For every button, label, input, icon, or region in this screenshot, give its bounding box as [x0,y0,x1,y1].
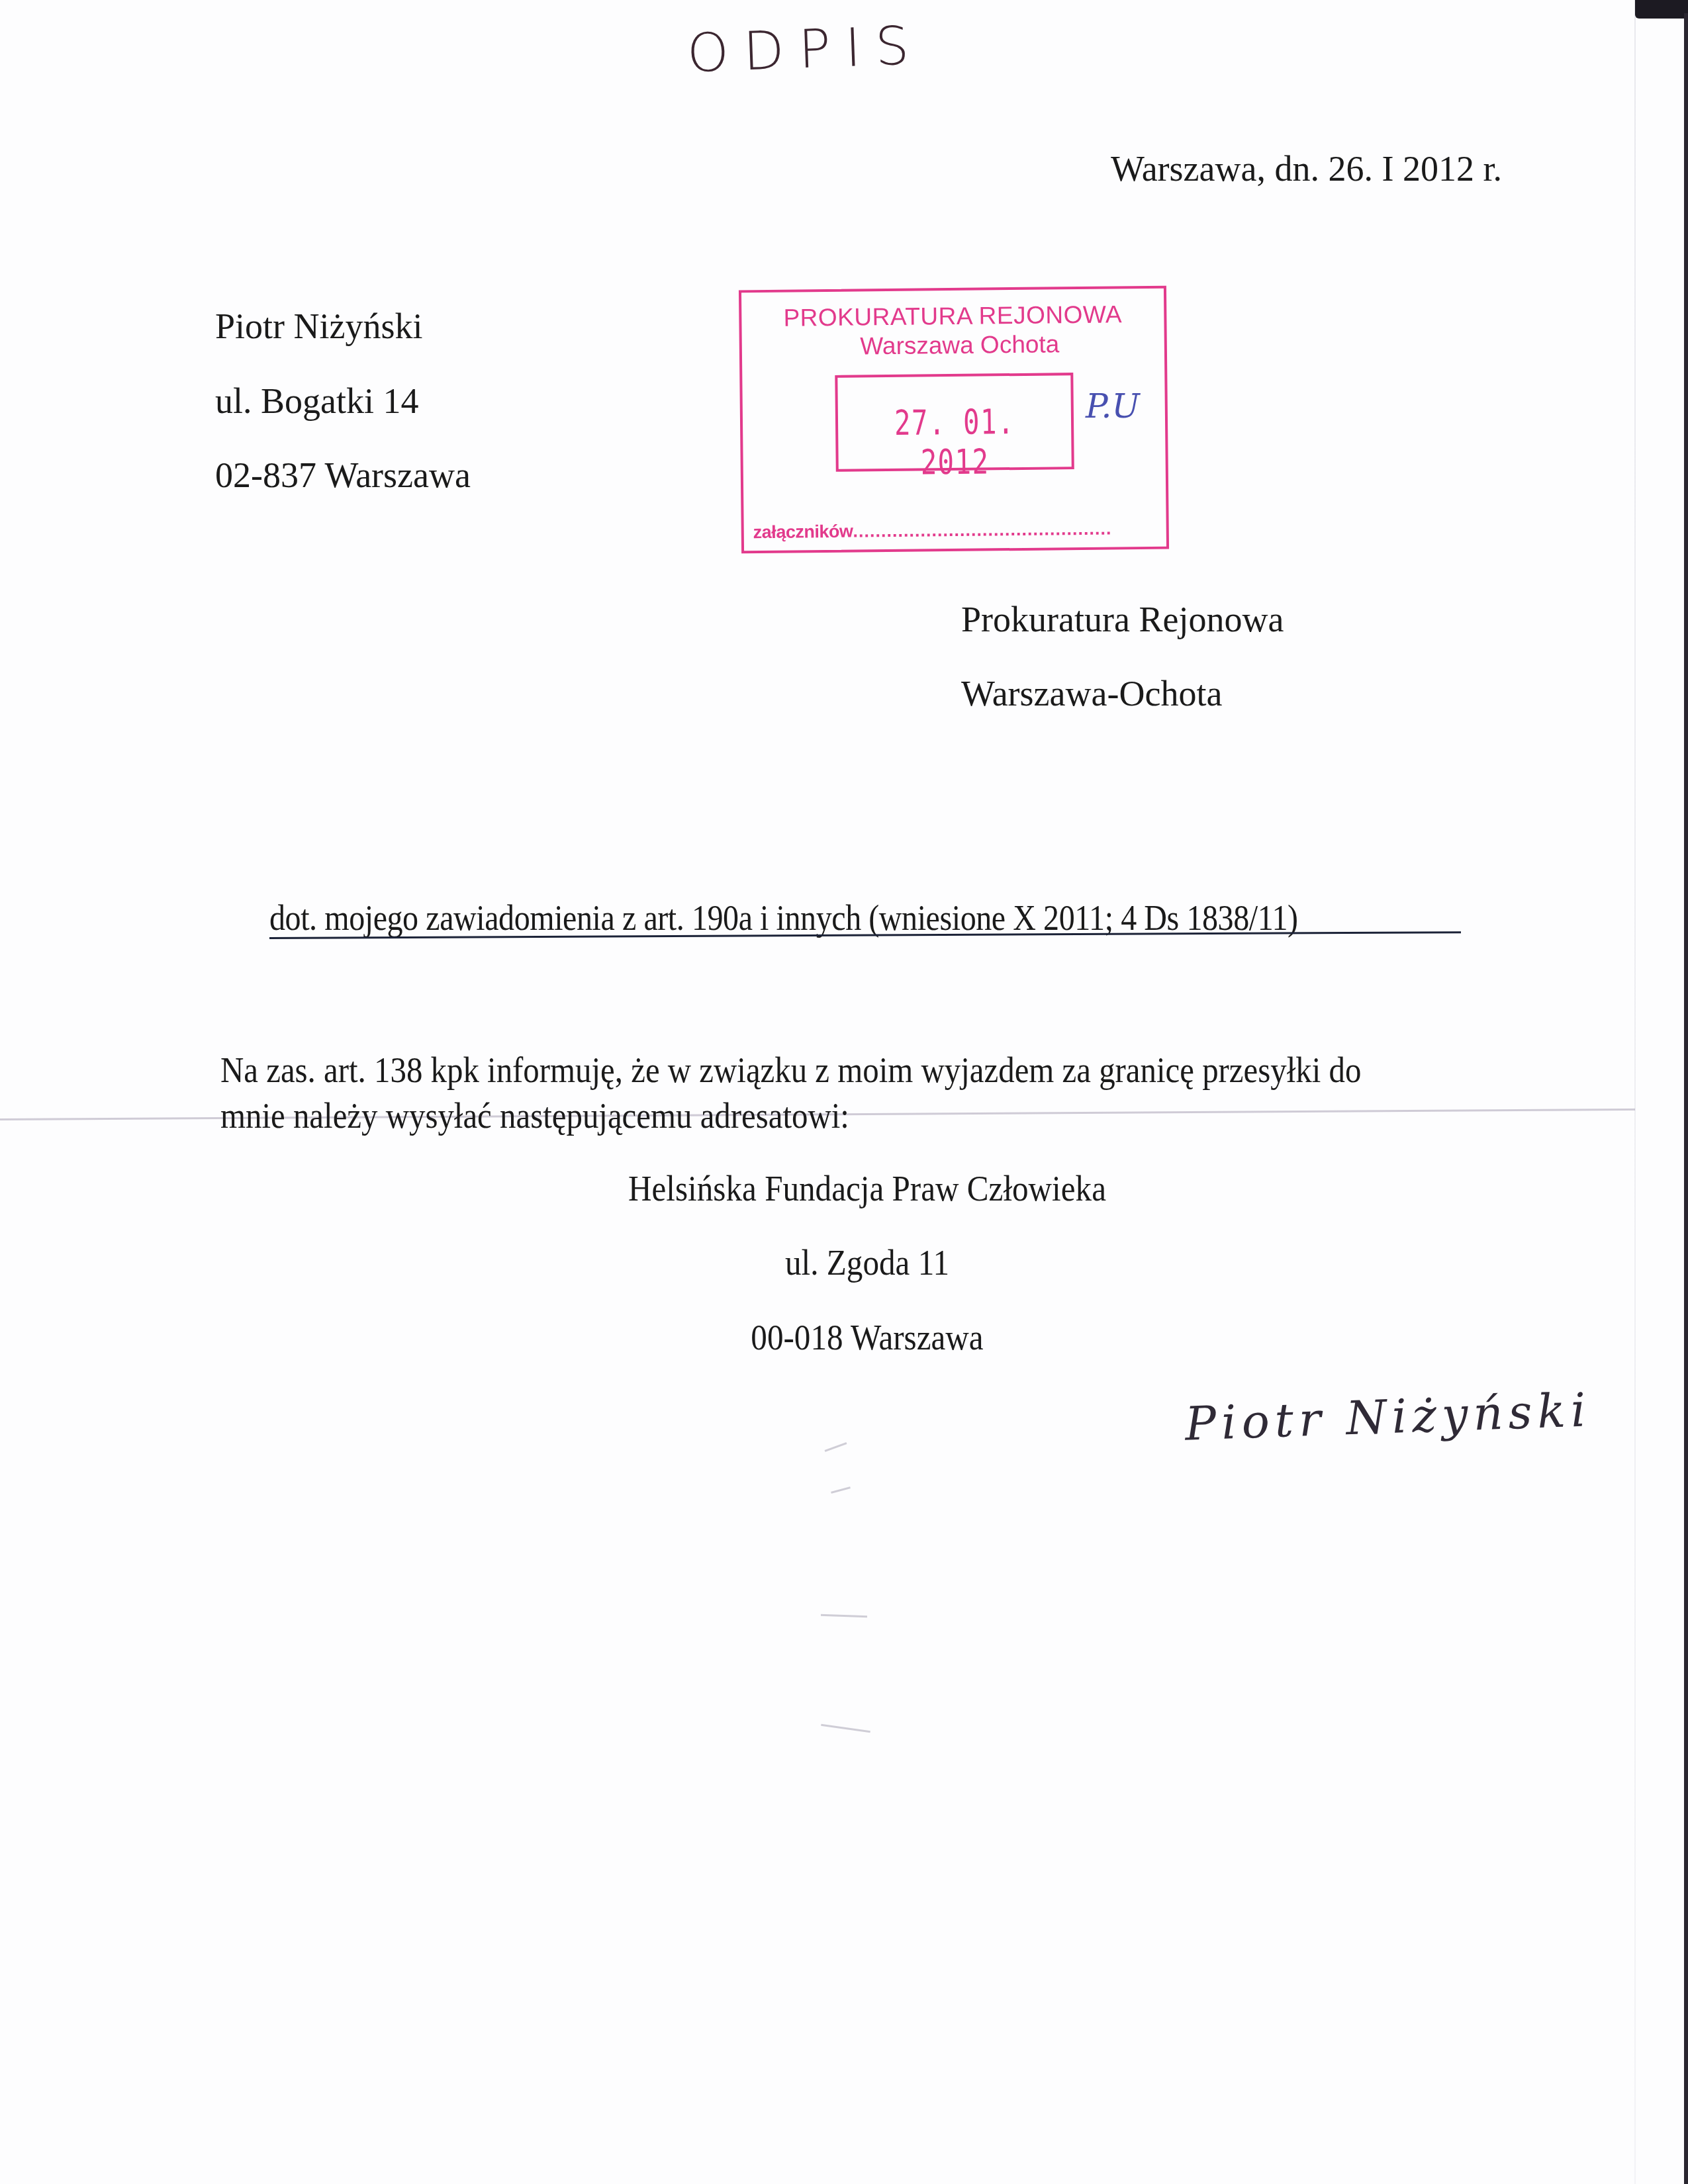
body-line-2: mnie należy wysyłać następującemu adresa… [220,1098,849,1134]
stamp-date-box: 27. 01. 2012 [835,373,1074,472]
crease-mark [821,1724,870,1733]
sender-street: ul. Bogatki 14 [215,383,419,419]
handwritten-header: ODPIS [686,15,924,84]
scan-edge-shadow [1684,13,1688,2184]
handwritten-initials: P.U [1086,387,1140,426]
crease-mark [821,1614,867,1617]
stamp-received-date: 27. 01. 2012 [863,402,1046,484]
stamp-attachments: załączników.............................… [753,519,1112,543]
crease-mark [831,1486,851,1494]
stamp-attachments-label: załączników [753,522,853,543]
stamp-title: PROKURATURA REJONOWA [741,300,1164,333]
stamp-attachments-dots: ........................................… [853,519,1111,541]
stamp-subtitle: Warszawa Ochota [742,330,1164,362]
forwarding-line-3: 00-018 Warszawa [78,1320,1656,1355]
sender-city: 02-837 Warszawa [215,457,471,493]
recipient-line-1: Prokuratura Rejonowa [961,602,1284,637]
page-edge [1634,0,1636,2184]
scan-corner-shadow [1635,0,1688,19]
forwarding-line-2: ul. Zgoda 11 [78,1245,1656,1281]
recipient-line-2: Warszawa-Ochota [961,676,1222,711]
body-line-1: Na zas. art. 138 kpk informuję, że w zwi… [220,1052,1361,1088]
sender-name: Piotr Niżyński [215,308,423,344]
forwarding-line-1: Helsińska Fundacja Praw Człowieka [78,1171,1656,1206]
letter-date: Warszawa, dn. 26. I 2012 r. [1111,151,1502,187]
crease-mark [825,1442,847,1452]
handwritten-signature: Piotr Niżyński [1184,1383,1592,1451]
